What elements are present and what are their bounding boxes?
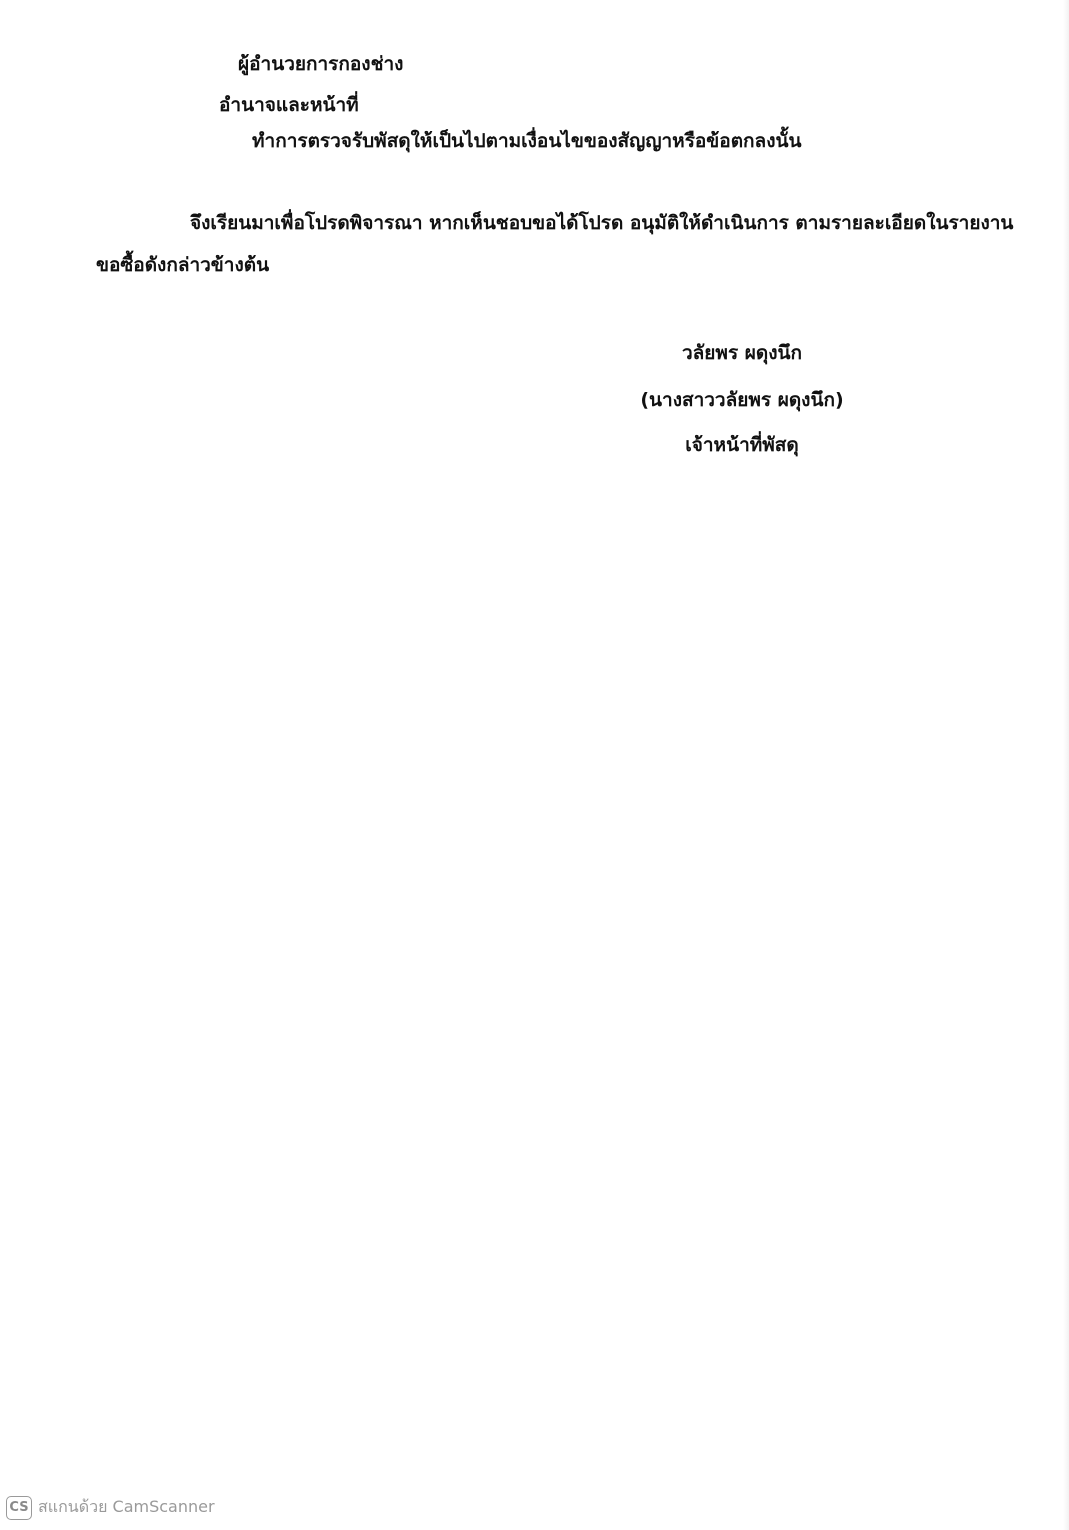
position-title: เจ้าหน้าที่พัสดุ (612, 433, 872, 457)
committee-role: ผู้อำนวยการกองช่าง (238, 52, 403, 76)
camscanner-logo-icon: CS (6, 1496, 32, 1520)
closing-paragraph-line2: ขอซื้อดังกล่าวข้างต้น (96, 253, 269, 277)
camscanner-watermark: CS สแกนด้วย CamScanner (6, 1495, 215, 1520)
full-name: (นางสาววลัยพร ผดุงนึก) (612, 388, 872, 412)
signed-name: วลัยพร ผดุงนึก (612, 341, 872, 365)
scan-edge-shadow (1063, 0, 1069, 1530)
closing-paragraph-line1: จึงเรียนมาเพื่อโปรดพิจารณา หากเห็นชอบขอไ… (190, 211, 1013, 235)
duties-text: ทำการตรวจรับพัสดุให้เป็นไปตามเงื่อนไขของ… (252, 129, 801, 153)
duties-heading: อำนาจและหน้าที่ (219, 93, 359, 117)
watermark-text: สแกนด้วย CamScanner (38, 1495, 215, 1520)
